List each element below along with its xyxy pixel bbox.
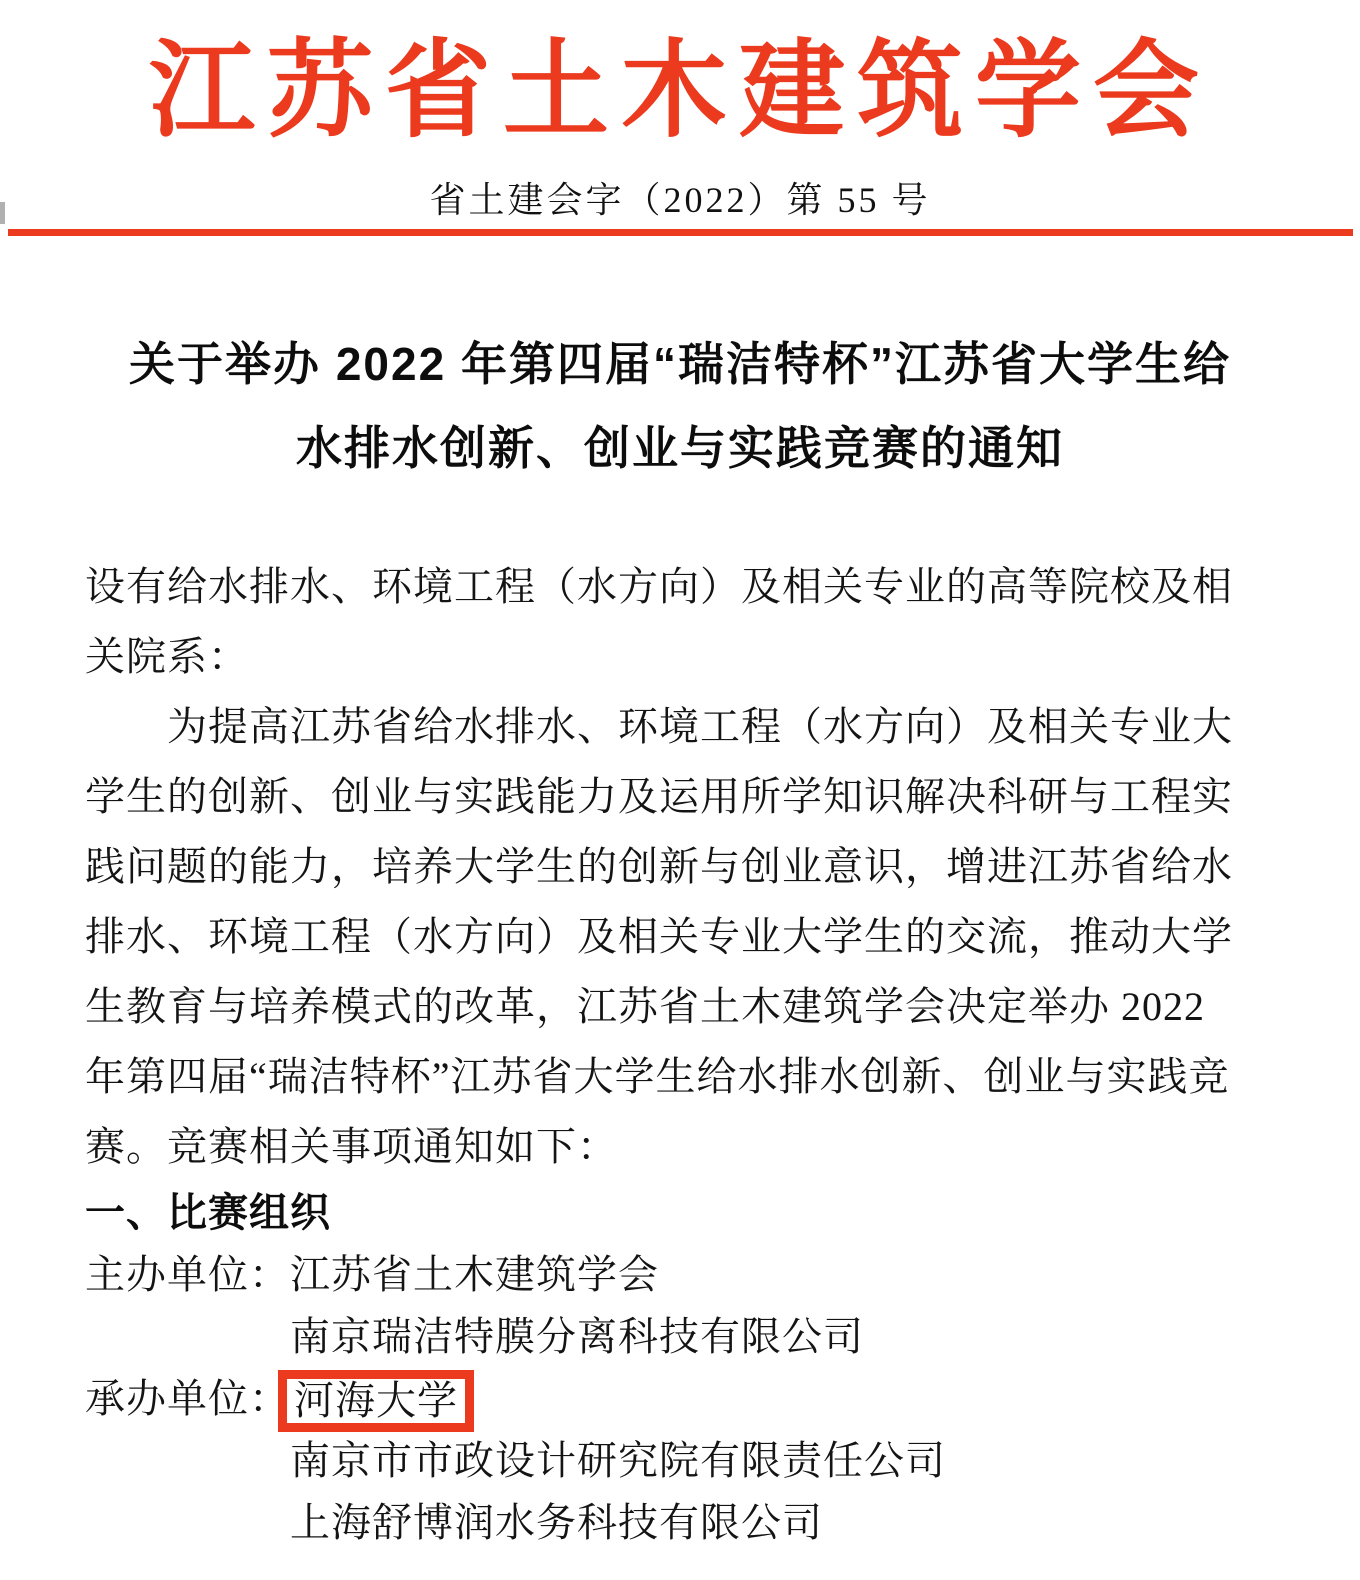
sponsor-row: 主办单位：江苏省土木建筑学会 <box>85 1244 1285 1306</box>
sponsor-row: 南京瑞洁特膜分离科技有限公司 <box>85 1306 1285 1368</box>
letterhead-org-name: 江苏省土木建筑学会 <box>0 6 1360 158</box>
organizer-name-highlighted: 河海大学 <box>294 1378 458 1423</box>
highlight-box: 河海大学 <box>278 1370 474 1432</box>
body-line: 践问题的能力，培养大学生的创新与创业意识，增进江苏省给水 <box>85 832 1245 902</box>
body-line: 排水、环境工程（水方向）及相关专业大学生的交流，推动大学 <box>85 902 1245 972</box>
organizer-label: 承办单位： <box>85 1368 290 1430</box>
body-line: 关院系： <box>85 622 1245 692</box>
body-line: 生教育与培养模式的改革，江苏省土木建筑学会决定举办 2022 <box>85 972 1245 1042</box>
notice-title-line1: 关于举办 2022 年第四届“瑞洁特杯”江苏省大学生给 <box>0 322 1360 406</box>
body-line: 年第四届“瑞洁特杯”江苏省大学生给水排水创新、创业与实践竞 <box>85 1042 1245 1112</box>
section-heading: 一、比赛组织 <box>85 1182 1285 1244</box>
notice-title-line2: 水排水创新、创业与实践竞赛的通知 <box>0 406 1360 490</box>
organizer-row: 承办单位：河海大学 <box>85 1368 1285 1430</box>
sponsor-name: 南京瑞洁特膜分离科技有限公司 <box>290 1314 864 1359</box>
organizer-name: 南京市市政设计研究院有限责任公司 <box>290 1438 946 1483</box>
red-divider-line <box>8 229 1353 236</box>
body-text: 设有给水排水、环境工程（水方向）及相关专业的高等院校及相 关院系： 为提高江苏省… <box>85 552 1245 1182</box>
organization-section: 一、比赛组织 主办单位：江苏省土木建筑学会 南京瑞洁特膜分离科技有限公司 承办单… <box>85 1182 1285 1554</box>
document-page: 江苏省土木建筑学会 省土建会字（2022）第 55 号 关于举办 2022 年第… <box>0 0 1360 1580</box>
body-line: 赛。竞赛相关事项通知如下： <box>85 1112 1245 1182</box>
body-line: 为提高江苏省给水排水、环境工程（水方向）及相关专业大 <box>85 692 1245 762</box>
scan-artifact <box>0 202 5 224</box>
organizer-name: 上海舒博润水务科技有限公司 <box>290 1500 823 1545</box>
doc-number: 省土建会字（2022）第 55 号 <box>0 172 1360 223</box>
body-line: 设有给水排水、环境工程（水方向）及相关专业的高等院校及相 <box>85 552 1245 622</box>
body-line: 学生的创新、创业与实践能力及运用所学知识解决科研与工程实 <box>85 762 1245 832</box>
organizer-row: 南京市市政设计研究院有限责任公司 <box>85 1430 1285 1492</box>
sponsor-name: 江苏省土木建筑学会 <box>290 1252 659 1297</box>
notice-title: 关于举办 2022 年第四届“瑞洁特杯”江苏省大学生给 水排水创新、创业与实践竞… <box>0 322 1360 490</box>
organizer-row: 上海舒博润水务科技有限公司 <box>85 1492 1285 1554</box>
sponsor-label: 主办单位： <box>85 1244 290 1306</box>
